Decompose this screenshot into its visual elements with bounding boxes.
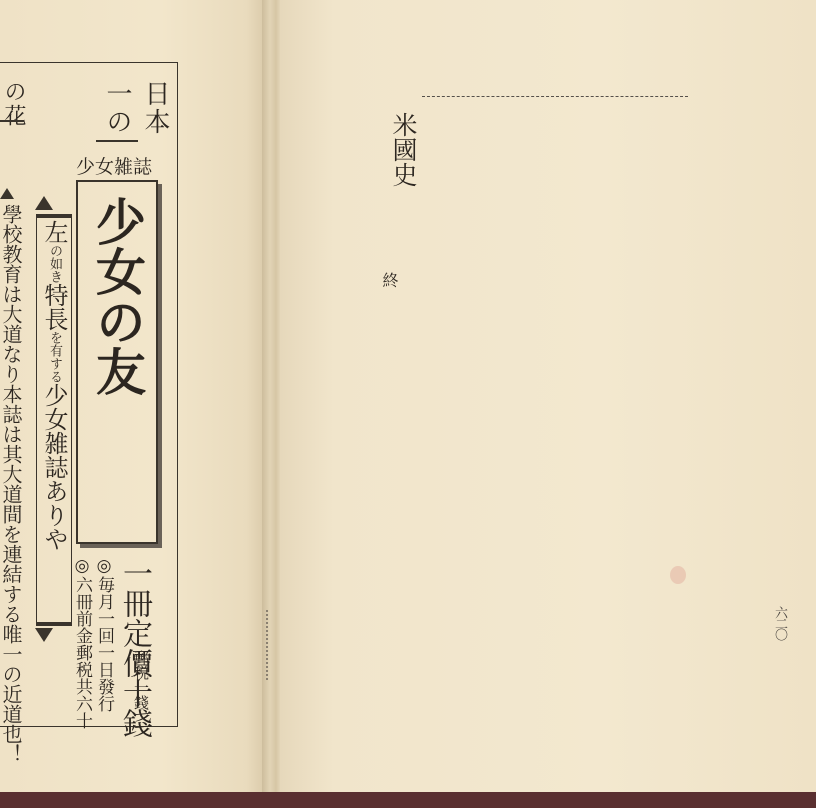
book-binding-edge xyxy=(0,792,816,808)
book-gutter xyxy=(262,0,282,800)
slogan-part2: 特長 xyxy=(40,283,68,331)
triangle-up-icon xyxy=(35,196,53,210)
slogan-ruby2: を有する xyxy=(47,331,62,383)
ad-subtitle: 少女雑誌 xyxy=(76,152,152,179)
right-page xyxy=(280,0,816,800)
end-mark: 終 xyxy=(378,272,401,288)
ornament-divider xyxy=(96,140,138,142)
left-page: 日本 一の の花 少女雑誌 少女の友 左の如き特長を有する少女雑誌ありや 學校教… xyxy=(0,0,268,800)
book-spread: 日本 一の の花 少女雑誌 少女の友 左の如き特長を有する少女雑誌ありや 學校教… xyxy=(0,0,816,800)
price-detail-1: ◎毎月一回一日發行 xyxy=(94,556,114,712)
top-rule xyxy=(422,96,688,97)
slogan-ruby1: の如き xyxy=(47,244,62,283)
slogan-part1: 左 xyxy=(40,220,68,244)
price-main: 一冊定價十錢 xyxy=(116,558,152,738)
ad-header-left: 一の xyxy=(104,80,130,136)
ad-header-right: 日本 xyxy=(142,80,168,136)
triangle-down-icon xyxy=(35,628,53,642)
side-note: 學校教育は大道なり本誌は其大道間を連結する唯一の近道也！ xyxy=(0,204,22,764)
price-postage: 郵税一錢 xyxy=(132,650,149,710)
triangle-up-small-icon xyxy=(0,188,14,199)
book-title: 米國史 xyxy=(372,112,434,187)
header-rule xyxy=(0,120,24,122)
slogan: 左の如き特長を有する少女雑誌ありや xyxy=(38,220,70,551)
ink-stain xyxy=(670,566,686,584)
page-number: 六二〇 xyxy=(770,606,789,639)
magazine-title: 少女の友 xyxy=(80,196,152,396)
slogan-part3: 少女雑誌ありや xyxy=(40,383,68,551)
